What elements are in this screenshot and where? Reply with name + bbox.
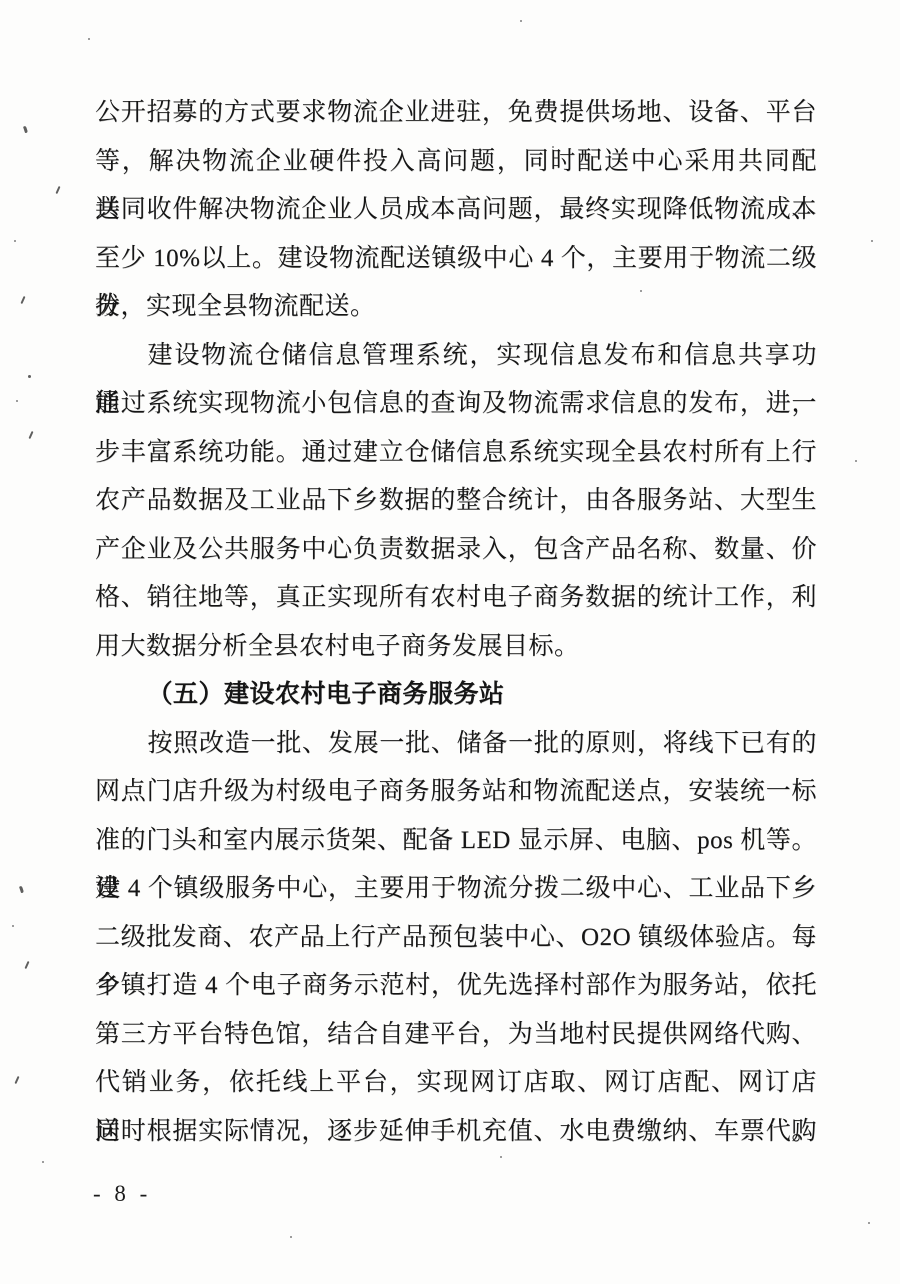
scan-speckle — [24, 961, 29, 969]
paragraph2-line: 通过系统实现物流小包信息的查询及物流需求信息的发布，进一 — [95, 380, 817, 429]
paragraph3-line: 网点门店升级为村级电子商务服务站和物流配送点，安装统一标 — [95, 768, 817, 817]
scan-speckle — [290, 1236, 292, 1238]
scan-speckle — [871, 240, 873, 242]
scan-speckle — [23, 126, 28, 134]
scan-speckle — [500, 1156, 502, 1158]
scan-speckle — [552, 146, 554, 148]
scan-speckle — [640, 290, 642, 292]
paragraph1-line: 至少 10%以上。建设物流配送镇级中心 4 个，主要用于物流二级分 — [95, 235, 817, 284]
paragraph3-line: 按照改造一批、发展一批、储备一批的原则，将线下已有的 — [95, 720, 817, 769]
document-page: 公开招募的方式要求物流企业进驻，免费提供场地、设备、平台 等，解决物流企业硬件投… — [0, 0, 900, 1284]
paragraph3-line: 准的门头和室内展示货架、配备 LED 显示屏、电脑、pos 机等。建 — [95, 817, 817, 866]
scan-speckle — [520, 20, 522, 22]
scan-speckle — [19, 886, 24, 894]
paragraph2-line: 步丰富系统功能。通过建立仓储信息系统实现全县农村所有上行 — [95, 429, 817, 478]
section-heading: （五）建设农村电子商务服务站 — [95, 671, 817, 720]
scan-speckle — [28, 431, 33, 439]
paragraph1-line: 共同收件解决物流企业人员成本高问题，最终实现降低物流成本 — [95, 186, 817, 235]
scan-speckle — [12, 925, 14, 927]
paragraph3-line: 第三方平台特色馆，结合自建平台，为当地村民提供网络代购、 — [95, 1011, 817, 1060]
page-number: - 8 - — [93, 1181, 151, 1207]
scan-speckle — [28, 375, 31, 378]
scan-speckle — [55, 186, 60, 194]
scan-speckle — [20, 296, 25, 304]
paragraph1-line: 公开招募的方式要求物流企业进驻，免费提供场地、设备、平台 — [95, 89, 817, 138]
paragraph3-line: 乡镇打造 4 个电子商务示范村，优先选择村部作为服务站，依托 — [95, 962, 817, 1011]
paragraph3-line: 同时根据实际情况，逐步延伸手机充值、水电费缴纳、车票代购 — [95, 1108, 817, 1157]
scan-speckle — [42, 1161, 44, 1163]
paragraph1-line: 拨，实现全县物流配送。 — [95, 283, 817, 332]
scan-speckle — [855, 460, 857, 462]
scan-speckle — [16, 400, 18, 402]
paragraph3-line: 代销业务，依托线上平台，实现网订店取、网订店配、网订店送。 — [95, 1059, 817, 1108]
paragraph3-line: 二级批发商、农产品上行产品预包装中心、O2O 镇级体验店。每个 — [95, 914, 817, 963]
scan-speckle — [14, 240, 16, 242]
scan-speckle — [14, 1076, 19, 1084]
paragraph2-line: 用大数据分析全县农村电子商务发展目标。 — [95, 623, 817, 672]
document-body: 公开招募的方式要求物流企业进驻，免费提供场地、设备、平台 等，解决物流企业硬件投… — [95, 89, 817, 1156]
paragraph2-line: 格、销往地等，真正实现所有农村电子商务数据的统计工作，利 — [95, 574, 817, 623]
paragraph1-line: 等，解决物流企业硬件投入高问题，同时配送中心采用共同配送、 — [95, 138, 817, 187]
paragraph2-line: 农产品数据及工业品下乡数据的整合统计，由各服务站、大型生 — [95, 477, 817, 526]
scan-speckle — [88, 38, 90, 40]
paragraph2-line: 建设物流仓储信息管理系统，实现信息发布和信息共享功能， — [95, 332, 817, 381]
paragraph3-line: 设 4 个镇级服务中心，主要用于物流分拨二级中心、工业品下乡 — [95, 865, 817, 914]
paragraph2-line: 产企业及公共服务中心负责数据录入，包含产品名称、数量、价 — [95, 526, 817, 575]
scan-speckle — [868, 1222, 870, 1224]
